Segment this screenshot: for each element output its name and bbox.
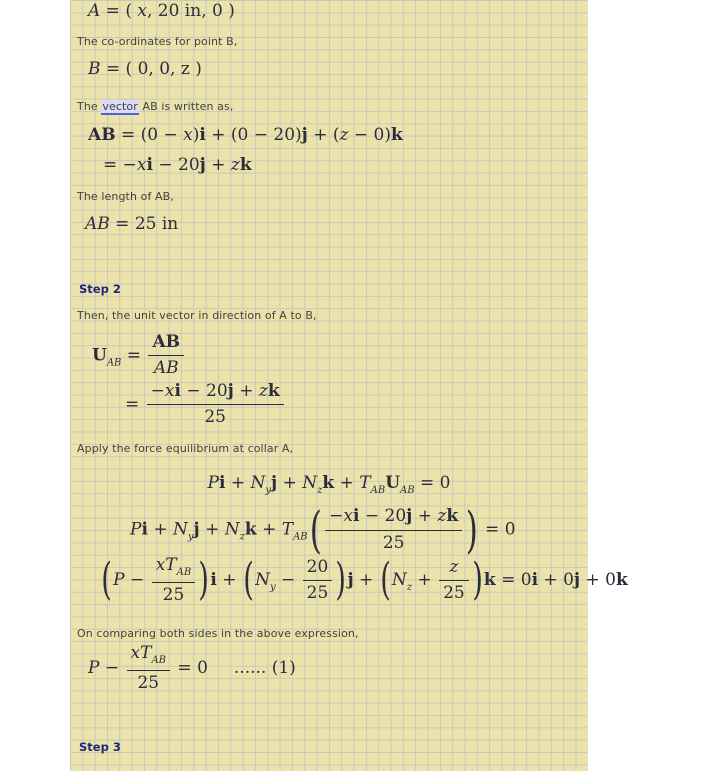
math-token: − — [276, 570, 301, 590]
solution-paper: A = ( x, 20 in, 0 ) The co-ordinates for… — [70, 0, 588, 771]
math-token: + — [225, 473, 250, 493]
math-token: N — [225, 520, 240, 540]
math-token: x — [156, 555, 166, 575]
math-token: + 0 — [538, 570, 574, 590]
math-token: + — [412, 506, 437, 526]
math-token: z — [231, 155, 240, 175]
math-token: + — [412, 570, 437, 590]
math-vector-ab-simplified: = −xi − 20j + zk — [103, 155, 252, 176]
fraction-numerator: AB — [148, 332, 184, 356]
math-token: k — [322, 473, 334, 493]
fraction: 2025 — [303, 557, 333, 605]
math-token: A — [88, 1, 100, 21]
math-token: N — [255, 570, 270, 590]
step-3-heading: Step 3 — [79, 740, 121, 754]
math-token: + — [148, 520, 173, 540]
math-token: + ( — [308, 125, 340, 145]
math-token: + — [334, 473, 359, 493]
fraction-numerator: −xi − 20j + zk — [147, 381, 284, 405]
math-token: P — [208, 473, 219, 493]
big-right-paren: ) — [472, 555, 483, 605]
math-token: = — [121, 345, 146, 365]
math-subscript: AB — [371, 485, 386, 496]
math-force-eq-2: Pi + Nyj + Nzk + TAB(−xi − 20j + zk25) =… — [130, 502, 516, 558]
math-token: k — [240, 155, 252, 175]
fraction-numerator: z — [439, 557, 469, 581]
math-subscript: AB — [177, 567, 192, 578]
text-fragment: The — [77, 100, 101, 113]
math-subscript: AB — [107, 357, 122, 368]
fraction-numerator: xTAB — [152, 555, 196, 583]
big-right-paren: ) — [336, 555, 347, 605]
math-token: AB — [88, 125, 116, 145]
math-token: − 20 — [153, 155, 200, 175]
math-token: = 0 — [415, 473, 451, 493]
math-point-a: A = ( x, 20 in, 0 ) — [88, 1, 235, 22]
math-token: k — [446, 506, 458, 526]
math-token: P — [130, 520, 141, 540]
math-vector-ab-expanded: AB = (0 − x)i + (0 − 20)j + (z − 0)k — [88, 125, 403, 146]
fraction: −xi − 20j + zk25 — [147, 381, 284, 429]
math-subscript: AB — [293, 532, 308, 543]
math-token: + — [217, 570, 242, 590]
fraction: ABAB — [148, 332, 184, 380]
math-token: x — [137, 155, 147, 175]
math-token: − 20 — [359, 506, 406, 526]
math-token: x — [343, 506, 353, 526]
math-token: k — [616, 570, 628, 590]
math-token: AB — [85, 214, 110, 234]
step-2-heading: Step 2 — [79, 282, 121, 296]
term-link-vector[interactable]: vector — [101, 100, 139, 115]
math-token: − — [99, 658, 124, 678]
math-token: + — [200, 520, 225, 540]
text-apply-force: Apply the force equilibrium at collar A, — [77, 442, 293, 455]
math-token: P — [113, 570, 124, 590]
math-token: x — [137, 1, 147, 21]
math-token: − — [329, 506, 343, 526]
fraction-denominator: 25 — [439, 581, 469, 604]
math-token: = − — [103, 155, 137, 175]
fraction-numerator: xTAB — [127, 643, 171, 671]
math-token: k — [245, 520, 257, 540]
text-coordinates-b: The co-ordinates for point B, — [77, 35, 237, 48]
math-token: = 0 — [496, 570, 532, 590]
math-token: P — [88, 658, 99, 678]
math-token: x — [131, 643, 141, 663]
math-token: N — [302, 473, 317, 493]
math-token: U — [92, 345, 107, 365]
fraction-numerator: −xi − 20j + zk — [325, 506, 462, 530]
fraction-denominator: 25 — [325, 531, 462, 554]
math-token: N — [251, 473, 266, 493]
math-token: , 20 in, 0 ) — [147, 1, 235, 21]
big-left-paren: ( — [380, 555, 391, 605]
math-subscript: AB — [400, 485, 415, 496]
math-token: + — [257, 520, 282, 540]
fraction-numerator: 20 — [303, 557, 333, 581]
math-token: + (0 − 20) — [206, 125, 302, 145]
math-point-b: B = ( 0, 0, z ) — [88, 59, 202, 80]
math-unit-vector-def: UAB = ABAB — [92, 332, 186, 380]
math-token: ...... (1) — [234, 658, 296, 678]
text-unit-vector: Then, the unit vector in direction of A … — [77, 309, 317, 322]
math-token: = 25 in — [110, 214, 178, 234]
math-token: z — [437, 506, 446, 526]
big-left-paren: ( — [309, 502, 321, 558]
math-token: = — [125, 394, 145, 414]
math-token: T — [165, 555, 176, 575]
big-left-paren: ( — [243, 555, 254, 605]
big-right-paren: ) — [198, 555, 209, 605]
text-length-ab: The length of AB, — [77, 190, 174, 203]
math-token: − 20 — [181, 381, 228, 401]
math-token: = 0 — [480, 520, 516, 540]
fraction-denominator: 25 — [152, 583, 196, 606]
math-force-eq-3: (P − xTAB25)i + (Ny − 2025)j + (Nz + z25… — [100, 555, 628, 606]
math-token: = 0 — [172, 658, 208, 678]
math-token: T — [359, 473, 370, 493]
math-token: + 0 — [580, 570, 616, 590]
math-force-eq-1: Pi + Nyj + Nzk + TABUAB = 0 — [70, 473, 588, 498]
math-token: B — [88, 59, 101, 79]
math-token: − — [125, 570, 150, 590]
math-token: x — [183, 125, 193, 145]
fraction-denominator: 25 — [127, 671, 171, 694]
math-token: + — [277, 473, 302, 493]
math-equation-1: P − xTAB25 = 0...... (1) — [88, 643, 296, 694]
fraction: xTAB25 — [127, 643, 171, 694]
text-vector-ab: The vector AB is written as, — [77, 100, 233, 113]
math-token: N — [392, 570, 407, 590]
math-length-ab: AB = 25 in — [85, 214, 178, 235]
math-token: − — [151, 381, 165, 401]
fraction: −xi − 20j + zk25 — [325, 506, 462, 554]
math-token: k — [268, 381, 280, 401]
fraction: z25 — [439, 557, 469, 605]
fraction-denominator: AB — [148, 356, 184, 379]
math-token: + — [206, 155, 231, 175]
math-token: x — [165, 381, 175, 401]
math-token: + — [354, 570, 379, 590]
math-token: = ( 0, 0, z ) — [101, 59, 202, 79]
math-token: = (0 − — [116, 125, 184, 145]
math-token: U — [385, 473, 400, 493]
math-token: = ( — [100, 1, 137, 21]
fraction: xTAB25 — [152, 555, 196, 606]
math-token: k — [484, 570, 496, 590]
math-token: T — [140, 643, 151, 663]
math-subscript: AB — [151, 655, 166, 666]
text-fragment: AB is written as, — [139, 100, 234, 113]
fraction-denominator: 25 — [303, 581, 333, 604]
math-token: z — [259, 381, 268, 401]
big-right-paren: ) — [466, 502, 478, 558]
math-token: N — [173, 520, 188, 540]
math-unit-vector-value: = −xi − 20j + zk25 — [125, 381, 286, 429]
text-compare-sides: On comparing both sides in the above exp… — [77, 627, 359, 640]
fraction-denominator: 25 — [147, 405, 284, 428]
math-token: + — [234, 381, 259, 401]
math-token: − 0) — [348, 125, 391, 145]
math-token: T — [282, 520, 293, 540]
math-token: k — [391, 125, 403, 145]
big-left-paren: ( — [101, 555, 112, 605]
